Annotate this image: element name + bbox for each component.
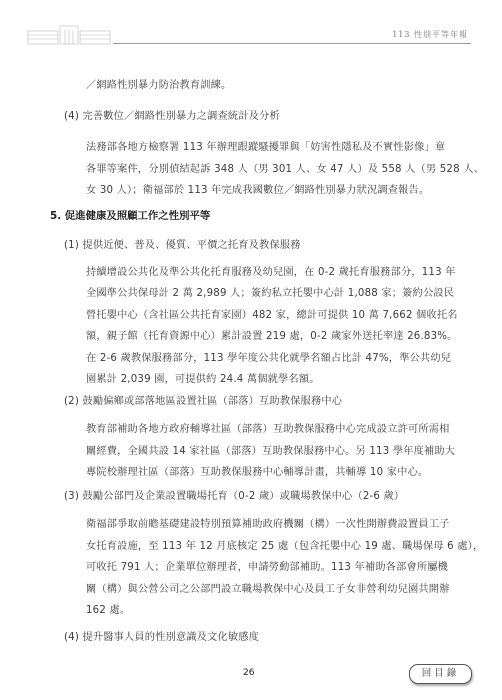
s5-item-1-body-line: 園累計 2,039 園，可提供約 24.4 萬個就學名額。 — [86, 370, 320, 385]
s5-item-4-title: (4) 提升醫事人員的性別意識及文化敏感度 — [64, 628, 259, 643]
building-logo-icon — [27, 25, 111, 45]
header-divider — [113, 43, 471, 44]
report-title: 113 性別平等年報 — [392, 29, 468, 40]
s5-item-3-body-line: 關（構）與公營公司之公部門設立職場教保中心及員工子女非營利幼兒園共開辦 — [86, 580, 450, 595]
s5-item-1-body-line: 持續增設公共化及準公共化托育服務及幼兒園，在 0-2 歲托育服務部分，113 年 — [86, 263, 456, 278]
s5-item-3-body-line: 可收托 791 人；企業單位辦理者，申請勞動部補助。113 年補助各部會所屬機 — [86, 558, 448, 573]
s5-item-3-body-line: 女托育設施，至 113 年 12 月底核定 25 處（包含托嬰中心 19 處、職… — [86, 537, 483, 552]
page-number: 26 — [243, 668, 254, 678]
s5-item-1-body-line: 營托嬰中心（含社區公共托育家園）482 家，總計可提供 10 萬 7,662 個… — [86, 306, 458, 321]
item-4-title: (4) 完善數位／網路性別暴力之調查統計及分析 — [64, 107, 280, 122]
item-4-body-line: 法務部各地方檢察署 113 年辦理跟蹤騷擾罪與「妨害性隱私及不實性影像」章 — [86, 138, 445, 153]
item-4-body-line: 女 30 人）；衛福部於 113 年完成我國數位／網路性別暴力狀況調查報告。 — [86, 181, 429, 196]
s5-item-1-title: (1) 提供近便、普及、優質、平價之托育及教保服務 — [64, 236, 301, 251]
item-4-body-line: 各罪等案件，分別偵結起訴 348 人（男 301 人、女 47 人）及 558 … — [86, 160, 484, 175]
section-5-heading: 5. 促進健康及照顧工作之性別平等 — [50, 207, 210, 222]
s5-item-3-body-line: 衛福部爭取前瞻基礎建設特別預算補助政府機關（構）一次性開辦費設置員工子 — [86, 515, 450, 530]
s5-item-1-body-line: 在 2-6 歲教保服務部分，113 學年度公共化就學名額占比計 47%，準公共幼… — [86, 349, 451, 364]
s5-item-2-title: (2) 鼓勵偏鄉或部落地區設置社區（部落）互助教保服務中心 — [64, 392, 342, 407]
s5-item-2-body-line: 教育部補助各地方政府輔導社區（部落）互助教保服務中心完成設立許可所需相 — [86, 420, 450, 435]
s5-item-1-body-line: 額，親子館（托育資源中心）累計設置 219 處，0-2 歲家外送托率達 26.8… — [86, 327, 458, 342]
page-header: 113 性別平等年報 — [0, 0, 502, 50]
s5-item-1-body-line: 全國準公共保母計 2 萬 2,989 人；簽約私立托嬰中心計 1,088 家；簽… — [86, 284, 454, 299]
s5-item-3-title: (3) 鼓勵公部門及企業設置職場托育（0-2 歲）或職場教保中心（2-6 歲） — [64, 487, 404, 502]
back-to-toc-button[interactable]: 回目錄 — [409, 664, 472, 684]
s5-item-2-body-line: 專院校辦理社區（部落）互助教保服務中心輔導計畫，共輔導 10 家中心。 — [86, 463, 428, 478]
s5-item-3-body-line: 162 處。 — [86, 601, 130, 616]
s5-item-2-body-line: 關經費，全國共設 14 家社區（部落）互助教保服務中心。另 113 學年度補助大 — [86, 442, 455, 457]
continuation-text: ／網路性別暴力防治教育訓練。 — [86, 76, 231, 91]
